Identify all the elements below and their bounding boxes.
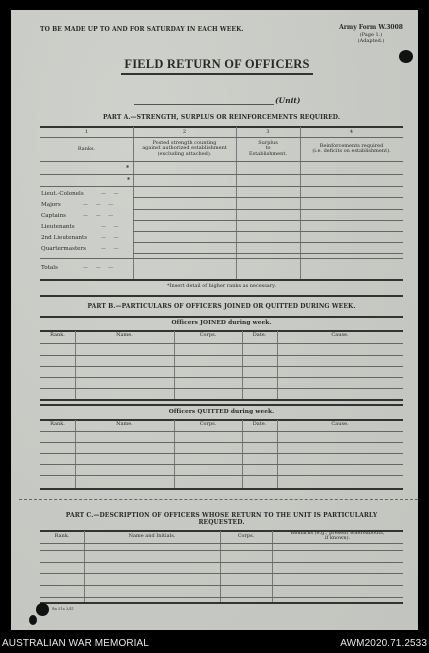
quitted-col-cause: Cause. <box>277 422 403 427</box>
col-header-reinforcements: Reinforcements required (i.e. deficits o… <box>300 144 403 155</box>
quitted-col-date: Date. <box>242 422 277 427</box>
quitted-col-rank: Rank. <box>40 422 75 427</box>
footer-institution: AUSTRALIAN WAR MEMORIAL <box>2 638 149 649</box>
form-number-block: Army Form W.3008 (Page 1.) (Adapted.) <box>331 25 411 45</box>
title-underline <box>121 73 313 75</box>
punch-hole-top <box>399 50 413 63</box>
tear-line <box>19 499 418 500</box>
partc-col-corps: Corps. <box>220 534 272 539</box>
rank-lieut-colonels: Lieut.-Colonels <box>41 191 84 197</box>
rank-totals: Totals <box>41 265 58 271</box>
col-number-1: 1 <box>40 130 133 135</box>
part-b-title: PART B.—PARTICULARS OF OFFICERS JOINED O… <box>40 303 403 310</box>
col-header-surplus: Surplus to Establishment. <box>236 141 300 157</box>
unit-label: (Unit) <box>275 96 300 105</box>
unit-field-line[interactable] <box>134 104 274 105</box>
joined-col-cause: Cause. <box>277 333 403 338</box>
star-mark: * <box>126 165 129 172</box>
joined-title: Officers JOINED during week. <box>40 320 403 326</box>
part-a-title: PART A.—STRENGTH, SURPLUS OR REINFORCEME… <box>40 114 403 121</box>
col-number-2: 2 <box>133 130 236 135</box>
form-adapted: (Adapted.) <box>331 38 411 45</box>
print-code: Bn 51a 3/41 <box>52 607 74 611</box>
rank-2nd-lieutenants: 2nd Lieutenants <box>41 235 87 241</box>
form-page: TO BE MADE UP TO AND FOR SATURDAY IN EAC… <box>11 10 418 630</box>
rank-quartermasters: Quartermasters <box>41 246 86 252</box>
quitted-col-corps: Corps. <box>174 422 242 427</box>
punch-hole-bottom-2 <box>29 615 37 625</box>
partc-col-name: Name and Initials. <box>84 534 220 539</box>
joined-col-corps: Corps. <box>174 333 242 338</box>
partc-col-remarks: Remarks (e.g., present whereabouts, if k… <box>272 531 403 542</box>
col-number-4: 4 <box>300 130 403 135</box>
joined-col-name: Name. <box>75 333 174 338</box>
form-number: Army Form W.3008 <box>331 25 411 32</box>
rank-lieutenants: Lieutenants <box>41 224 75 230</box>
quitted-title: Officers QUITTED during week. <box>40 409 403 415</box>
part-a-footnote: *Insert detail of higher ranks as necess… <box>40 284 403 289</box>
rank-majors: Majors <box>41 202 61 208</box>
rank-captains: Captains <box>41 213 66 219</box>
col-header-posted-strength: Posted strength counting against authori… <box>133 141 236 157</box>
joined-col-rank: Rank. <box>40 333 75 338</box>
header-instruction: TO BE MADE UP TO AND FOR SATURDAY IN EAC… <box>40 26 244 33</box>
col-number-3: 3 <box>236 130 300 135</box>
quitted-col-name: Name. <box>75 422 174 427</box>
page-title: FIELD RETURN OF OFFICERS <box>121 57 313 72</box>
footer-accession-number: AWM2020.71.2533 <box>340 638 427 649</box>
punch-hole-bottom <box>36 603 49 616</box>
col-header-ranks: Ranks. <box>40 147 133 152</box>
part-c-title: PART C.—DESCRIPTION OF OFFICERS WHOSE RE… <box>40 512 403 526</box>
joined-col-date: Date. <box>242 333 277 338</box>
star-mark: * <box>127 177 130 184</box>
partc-col-rank: Rank. <box>40 534 84 539</box>
